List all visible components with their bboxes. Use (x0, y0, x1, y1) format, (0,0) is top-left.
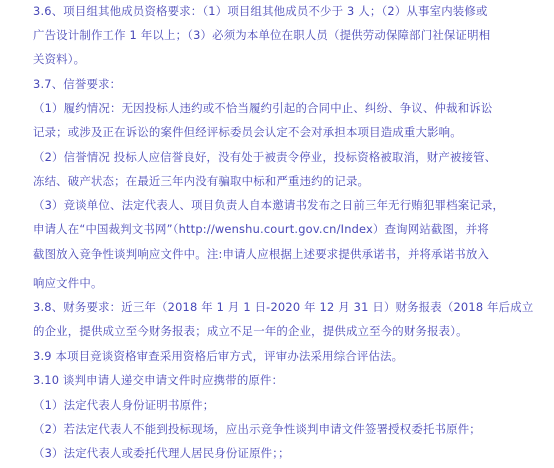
text-line: 截图放入竞争性谈判响应文件中。注:申请人应根据上述要求提供承诺书，并将承诺书放入 (33, 247, 489, 261)
text-line: 关资料）。 (33, 52, 85, 66)
text-line: （3）法定代表人或委托代理人居民身份证原件；； (33, 446, 290, 460)
text-line: （2）信誉情况 投标人应信誉良好，没有处于被责令停业，投标资格被取消，财产被接管… (33, 150, 496, 164)
text-line: 3.6、项目组其他成员资格要求：（1）项目组其他成员不少于 3 人；（2）从事室… (33, 4, 488, 18)
text-line: （1）法定代表人身份证明书原件； (33, 398, 214, 412)
text-line: 冻结、破产状态；在最近三年内没有骗取中标和严重违约的记录。 (33, 174, 369, 188)
text-line: 3.7、信誉要求： (33, 77, 121, 91)
text-line: 广告设计制作工作 1 年以上；（3）必须为本单位在职人员（提供劳动保障部门社保证… (33, 28, 490, 42)
text-line: 3.8、财务要求：近三年（2018 年 1 月 1 日-2020 年 12 月 … (33, 300, 533, 314)
text-line: 的企业，提供成立至今财务报表；成立不足一年的企业，提供成立至今的财务报表）。 (33, 324, 468, 338)
text-line: 3.10 谈判申请人递交申请文件时应携带的原件： (33, 373, 283, 387)
text-line: （1）履约情况：无因投标人违约或不恰当履约引起的合同中止、纠纷、争议、仲裁和诉讼 (33, 101, 492, 115)
text-line: 记录；或涉及正在诉讼的案件但经评标委员会认定不会对承担本项目造成重大影响。 (33, 125, 462, 139)
text-line: （2）若法定代表人不能到投标现场，应出示竞争性谈判申请文件签署授权委托书原件； (33, 422, 481, 436)
text-line: 3.9 本项目竞谈资格审查采用资格后审方式，评审办法采用综合评估法。 (33, 349, 403, 363)
text-line: 申请人在“中国裁判文书网”（http://wenshu.court.gov.cn… (33, 222, 489, 236)
text-line: （3）竞谈单位、法定代表人、项目负责人自本邀请书发布之日前三年无行贿犯罪档案记录… (33, 198, 504, 212)
text-line: 响应文件中。 (33, 276, 103, 290)
